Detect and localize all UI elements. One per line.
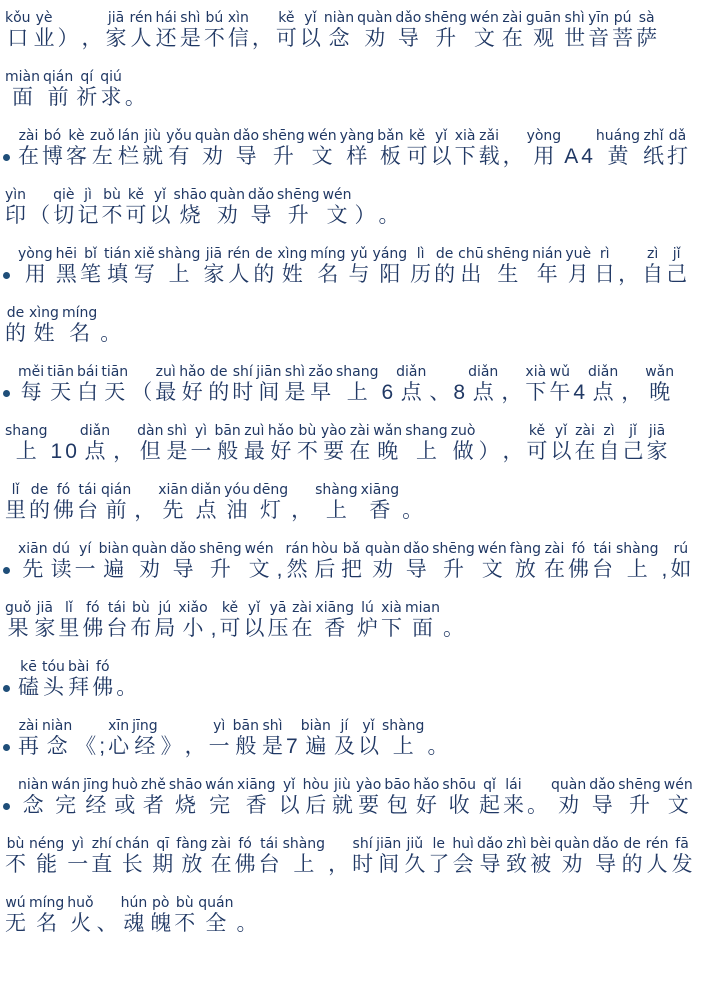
pinyin-annotation: shēng xyxy=(277,187,320,204)
pinyin-annotation: zhě xyxy=(141,777,166,794)
hanzi-character: 上 xyxy=(416,440,437,464)
pinyin-annotation: tái xyxy=(260,836,278,853)
ruby-token: quàn劝 xyxy=(195,128,230,169)
hanzi-character: 劝 xyxy=(561,853,582,877)
pinyin-annotation xyxy=(451,600,455,617)
hanzi-character: 上 xyxy=(16,440,37,464)
ruby-token: shì是 xyxy=(284,364,305,405)
pinyin-annotation: yǐ xyxy=(248,600,260,617)
pinyin-annotation: bù xyxy=(298,423,316,440)
pinyin-annotation: tái xyxy=(79,482,97,499)
ruby-token: jǐ己 xyxy=(666,246,687,287)
ruby-token: huáng黄 xyxy=(596,128,640,169)
pinyin-annotation xyxy=(193,718,197,735)
hanzi-character: 面 xyxy=(412,617,433,641)
ruby-token: , xyxy=(211,600,217,641)
ruby-token: 。 xyxy=(443,600,464,641)
ruby-token: shàng上 xyxy=(158,246,201,287)
hanzi-character: 发 xyxy=(672,853,693,877)
ruby-token: , xyxy=(277,541,283,582)
pinyin-annotation xyxy=(457,364,461,381)
pinyin-annotation xyxy=(139,364,143,381)
ruby-token: dǎo导 xyxy=(593,836,619,877)
hanzi-character: 以 xyxy=(551,440,572,464)
pinyin-annotation: bǎn xyxy=(377,128,403,145)
ruby-token: měi每 xyxy=(18,364,44,405)
hanzi-character: 栏 xyxy=(118,145,139,169)
hanzi-character: 好 xyxy=(182,381,203,405)
pinyin-annotation: bù xyxy=(176,895,194,912)
ruby-token: shí时 xyxy=(352,836,373,877)
pinyin-annotation: jì xyxy=(84,187,92,204)
pinyin-annotation: fó xyxy=(96,659,110,676)
hanzi-character: 在 xyxy=(575,440,596,464)
pinyin-annotation: hái xyxy=(155,10,176,27)
pinyin-annotation: bái xyxy=(77,364,98,381)
pinyin-annotation: bāo xyxy=(384,777,410,794)
pinyin-annotation: shì xyxy=(565,10,585,27)
ruby-token: ; xyxy=(99,718,105,759)
hanzi-character: 读 xyxy=(51,558,72,582)
hanzi-character: 间 xyxy=(378,853,399,877)
ruby-token: dǎo导 xyxy=(589,777,615,818)
pinyin-annotation: yǐ xyxy=(362,718,374,735)
ruby-token: chán长 xyxy=(115,836,149,877)
ruby-token: 4 xyxy=(573,364,585,405)
ruby-token: zǎi载 xyxy=(479,128,500,169)
hanzi-character: 文 xyxy=(482,558,503,582)
ruby-token: hòu后 xyxy=(312,541,338,582)
hanzi-character: 导 xyxy=(398,27,419,51)
hanzi-character: 里 xyxy=(5,499,26,523)
hanzi-character: 上 xyxy=(347,381,368,405)
pinyin-annotation xyxy=(169,718,173,735)
ruby-token: yàng样 xyxy=(340,128,375,169)
hanzi-character: 可 xyxy=(527,440,548,464)
hanzi-character: 导 xyxy=(406,558,427,582)
pinyin-annotation: de xyxy=(7,305,25,322)
ruby-token: míng名 xyxy=(310,246,345,287)
hanzi-character: 4 xyxy=(581,145,593,169)
ruby-token: ， xyxy=(134,482,155,523)
ruby-token: tái台 xyxy=(106,600,127,641)
ruby-token: ） xyxy=(58,10,79,51)
hanzi-character: 放 xyxy=(181,853,202,877)
hanzi-character: ， xyxy=(621,381,642,405)
pinyin-annotation: fàng xyxy=(510,541,541,558)
pinyin-annotation xyxy=(585,128,589,145)
pinyin-annotation: dǎo xyxy=(477,836,503,853)
pinyin-annotation: shàng xyxy=(158,246,201,263)
pinyin-annotation: zài xyxy=(19,128,39,145)
pinyin-annotation: huì xyxy=(452,836,474,853)
hanzi-character: 信 xyxy=(228,27,249,51)
pinyin-annotation: xīn xyxy=(108,718,129,735)
hanzi-character: 要 xyxy=(358,794,379,818)
ruby-token: dǎo导 xyxy=(248,187,274,228)
ruby-token: 。 xyxy=(379,187,400,228)
hanzi-character: 最 xyxy=(155,381,176,405)
ruby-token: zài在 xyxy=(292,600,313,641)
ruby-token: ， xyxy=(503,423,524,464)
hanzi-character: ， xyxy=(291,499,312,523)
ruby-token: bù不 xyxy=(174,895,195,936)
hanzi-character: 家 xyxy=(203,263,224,287)
hanzi-character: 升 xyxy=(443,558,464,582)
pinyin-annotation xyxy=(436,718,440,735)
ruby-token: qī期 xyxy=(152,836,173,877)
ruby-token: hǎo好 xyxy=(179,364,205,405)
pinyin-annotation: rú xyxy=(674,541,689,558)
hanzi-character: 。 xyxy=(125,86,146,110)
hanzi-character: 名 xyxy=(69,322,90,346)
hanzi-character: 以 xyxy=(279,794,300,818)
hanzi-character: 6 xyxy=(381,381,393,405)
pinyin-annotation xyxy=(109,305,113,322)
hanzi-character: 文 xyxy=(312,145,333,169)
pinyin-annotation xyxy=(125,659,129,676)
hanzi-character: 导 xyxy=(173,558,194,582)
pinyin-annotation: míng xyxy=(310,246,345,263)
hanzi-character: 面 xyxy=(12,86,33,110)
hanzi-character: 久 xyxy=(404,853,425,877)
hanzi-character: 前 xyxy=(106,499,127,523)
hanzi-character: 包 xyxy=(387,794,408,818)
ruby-token: wén文 xyxy=(664,777,693,818)
ruby-token: de的 xyxy=(29,482,50,523)
pinyin-annotation: rì xyxy=(600,246,610,263)
ruby-token: 。 xyxy=(427,718,448,759)
hanzi-character: 升 xyxy=(629,794,650,818)
ruby-token: yào要 xyxy=(321,423,346,464)
pinyin-annotation xyxy=(363,187,367,204)
ruby-token: jiā家 xyxy=(203,246,224,287)
ruby-token: yǐ以 xyxy=(358,718,379,759)
pinyin-annotation: xiān xyxy=(18,541,48,558)
pinyin-annotation: hún xyxy=(121,895,148,912)
hanzi-character: 长 xyxy=(122,853,143,877)
hanzi-character: 上 xyxy=(393,735,414,759)
hanzi-character: 台 xyxy=(106,617,127,641)
pinyin-annotation: wán xyxy=(205,777,234,794)
ruby-token: wán完 xyxy=(51,777,80,818)
ruby-token: ， xyxy=(328,836,349,877)
pinyin-annotation: qiú xyxy=(100,69,122,86)
ruby-token: néng能 xyxy=(29,836,64,877)
ruby-token: yì一 xyxy=(67,836,88,877)
pinyin-annotation: yè xyxy=(36,10,53,27)
ruby-token: niàn念 xyxy=(324,10,354,51)
ruby-token: xìng姓 xyxy=(29,305,59,346)
ruby-token: lú炉 xyxy=(357,600,378,641)
pinyin-annotation: shàng xyxy=(283,836,326,853)
pinyin-annotation: wǔ xyxy=(550,364,570,381)
ruby-token: xiān先 xyxy=(158,482,188,523)
hanzi-character: 可 xyxy=(407,145,428,169)
pinyin-annotation xyxy=(100,718,104,735)
pinyin-annotation: jiù xyxy=(144,128,161,145)
pinyin-annotation: zuò xyxy=(451,423,476,440)
pinyin-annotation: shí xyxy=(233,364,253,381)
ruby-token: 、 xyxy=(429,364,450,405)
hanzi-character: 劝 xyxy=(372,558,393,582)
pinyin-annotation: wán xyxy=(51,777,80,794)
hanzi-character: 家 xyxy=(106,27,127,51)
hanzi-character: 劝 xyxy=(558,794,579,818)
hanzi-character: 念 xyxy=(47,735,68,759)
hanzi-character: 台 xyxy=(592,558,613,582)
hanzi-character: 》 xyxy=(161,735,182,759)
pinyin-annotation: niàn xyxy=(18,777,48,794)
ruby-token: zì自 xyxy=(599,423,620,464)
pinyin-annotation xyxy=(290,718,294,735)
hanzi-character: 可 xyxy=(220,617,241,641)
ruby-line: zài再niàn念 《 ;xīn心jīng经 》 ，yì一bān般shì是 7b… xyxy=(0,708,720,767)
pinyin-annotation: dǎo xyxy=(248,187,274,204)
pinyin-annotation: wén xyxy=(308,128,337,145)
ruby-token: jiān间 xyxy=(256,364,281,405)
hanzi-character: 先 xyxy=(163,499,184,523)
ruby-token: zài再 xyxy=(18,718,39,759)
hanzi-character: 年 xyxy=(537,263,558,287)
ruby-token: jīng经 xyxy=(132,718,158,759)
pinyin-annotation: mian xyxy=(405,600,440,617)
hanzi-character: 香 xyxy=(369,499,390,523)
ruby-token: shang上 xyxy=(5,423,48,464)
pinyin-annotation: dǎo xyxy=(233,128,259,145)
hanzi-character: 被 xyxy=(530,853,551,877)
hanzi-character: ， xyxy=(501,381,522,405)
pinyin-annotation xyxy=(511,128,515,145)
hanzi-character: 导 xyxy=(592,794,613,818)
pinyin-annotation: yào xyxy=(356,777,381,794)
ruby-token: dú读 xyxy=(51,541,72,582)
hanzi-character: 间 xyxy=(258,381,279,405)
hanzi-character: 历 xyxy=(410,263,431,287)
ruby-token: kè客 xyxy=(66,128,87,169)
pinyin-annotation: yīn xyxy=(588,10,609,27)
pinyin-annotation: yào xyxy=(321,423,346,440)
hanzi-character: 无 xyxy=(5,912,26,936)
hanzi-character: 一 xyxy=(75,558,96,582)
pinyin-annotation: zài xyxy=(292,600,312,617)
hanzi-character: 己 xyxy=(666,263,687,287)
pinyin-annotation: bù xyxy=(132,600,150,617)
pinyin-annotation xyxy=(577,364,581,381)
hanzi-character: 可 xyxy=(125,204,146,228)
pinyin-annotation: biàn xyxy=(99,541,129,558)
hanzi-character: 里 xyxy=(58,617,79,641)
hanzi-character: 祈 xyxy=(76,86,97,110)
hanzi-character: 在 xyxy=(292,617,313,641)
pinyin-annotation: xìng xyxy=(29,305,59,322)
pinyin-annotation xyxy=(438,364,442,381)
ruby-token: zài在 xyxy=(544,541,565,582)
ruby-token: hòu后 xyxy=(303,777,329,818)
pinyin-annotation: yì xyxy=(213,718,225,735)
ruby-token: tái台 xyxy=(592,541,613,582)
hanzi-character: 点 xyxy=(85,440,106,464)
hanzi-character: 者 xyxy=(143,794,164,818)
hanzi-character: 心 xyxy=(108,735,129,759)
ruby-token: shēng升 xyxy=(424,10,467,51)
ruby-token: de的 xyxy=(622,836,643,877)
pinyin-annotation: diǎn xyxy=(396,364,426,381)
ruby-token: yào要 xyxy=(356,777,381,818)
bullet-icon xyxy=(3,744,10,751)
hanzi-character: ， xyxy=(618,263,639,287)
ruby-token: chū出 xyxy=(458,246,483,287)
hanzi-character: 博 xyxy=(42,145,63,169)
ruby-token: wén文 xyxy=(308,128,337,169)
pinyin-annotation: miàn xyxy=(5,69,40,86)
ruby-token: 。 xyxy=(527,777,548,818)
pinyin-annotation: bān xyxy=(214,423,240,440)
pinyin-annotation: fàng xyxy=(176,836,207,853)
hanzi-character: 1 xyxy=(51,440,63,464)
hanzi-character: ） xyxy=(58,27,79,51)
document-body: kǒu口yè业 ） ，jiā家rén人hái还shì是bú不xìn信 ，kě可y… xyxy=(0,0,720,944)
ruby-token: de的 xyxy=(253,246,274,287)
ruby-token: jiā家 xyxy=(647,423,668,464)
ruby-token: rú如 xyxy=(670,541,691,582)
pinyin-annotation: qí xyxy=(80,69,93,86)
pinyin-annotation xyxy=(83,718,87,735)
hanzi-character: 先 xyxy=(22,558,43,582)
pinyin-annotation: lǐ xyxy=(12,482,20,499)
pinyin-annotation: kè xyxy=(68,128,84,145)
pinyin-annotation: shēng xyxy=(487,246,530,263)
hanzi-character: 的 xyxy=(434,263,455,287)
hanzi-character: 。 xyxy=(236,912,257,936)
hanzi-character: 午 xyxy=(549,381,570,405)
hanzi-character: 在 xyxy=(18,145,39,169)
hanzi-character: 以 xyxy=(300,27,321,51)
hanzi-character: 天 xyxy=(50,381,71,405)
ruby-token: de的 xyxy=(434,246,455,287)
hanzi-character: 晚 xyxy=(649,381,670,405)
pinyin-annotation: xiāng xyxy=(316,600,355,617)
hanzi-character: 以 xyxy=(431,145,452,169)
pinyin-annotation: sà xyxy=(639,10,655,27)
ruby-token: bù不 xyxy=(297,423,318,464)
hanzi-character: 劝 xyxy=(202,145,223,169)
ruby-token: kě可 xyxy=(527,423,548,464)
ruby-token: wǎn晚 xyxy=(645,364,674,405)
ruby-token: míng名 xyxy=(29,895,64,936)
ruby-token: 。 xyxy=(402,482,423,523)
ruby-token: yí一 xyxy=(75,541,96,582)
hanzi-character: 般 xyxy=(235,735,256,759)
pinyin-annotation xyxy=(277,541,281,558)
ruby-token: 》 xyxy=(161,718,182,759)
pinyin-annotation: xiāng xyxy=(361,482,400,499)
ruby-token: le了 xyxy=(428,836,449,877)
ruby-token: wén文 xyxy=(245,541,274,582)
hanzi-character: ; xyxy=(99,735,105,759)
pinyin-annotation: tái xyxy=(594,541,612,558)
pinyin-annotation: kě xyxy=(128,187,144,204)
pinyin-annotation: zài xyxy=(350,423,370,440)
ruby-token: jīng经 xyxy=(83,777,109,818)
pinyin-annotation: quàn xyxy=(554,836,589,853)
hanzi-character: 炉 xyxy=(357,617,378,641)
pinyin-annotation: jiān xyxy=(256,364,281,381)
pinyin-annotation xyxy=(66,10,70,27)
ruby-token: diǎn点 xyxy=(80,423,110,464)
bullet-icon xyxy=(3,272,10,279)
pinyin-annotation: qiè xyxy=(53,187,74,204)
pinyin-annotation: bǐ xyxy=(84,246,97,263)
pinyin-annotation: wén xyxy=(478,541,507,558)
ruby-token: hǎo好 xyxy=(413,777,439,818)
ruby-token: rán然 xyxy=(285,541,308,582)
pinyin-annotation: xìn xyxy=(228,10,249,27)
pinyin-annotation: xià xyxy=(381,600,402,617)
hanzi-character: 是 xyxy=(284,381,305,405)
ruby-token: wén文 xyxy=(323,187,352,228)
hanzi-character: 但 xyxy=(140,440,161,464)
hanzi-character: 。 xyxy=(100,322,121,346)
pinyin-annotation: wén xyxy=(664,777,693,794)
ruby-token: 。 xyxy=(236,895,257,936)
ruby-token: yǐ以 xyxy=(431,128,452,169)
pinyin-annotation: jīng xyxy=(83,777,109,794)
hanzi-character: 做 xyxy=(453,440,474,464)
hanzi-character: 观 xyxy=(533,27,554,51)
pinyin-annotation: zuǒ xyxy=(90,128,115,145)
hanzi-character: 念 xyxy=(329,27,350,51)
hanzi-character: 一 xyxy=(67,853,88,877)
pinyin-annotation: jiā xyxy=(37,600,53,617)
hanzi-character: 不 xyxy=(297,440,318,464)
pinyin-annotation xyxy=(626,246,630,263)
pinyin-annotation: qǐ xyxy=(483,777,496,794)
pinyin-annotation: pú xyxy=(614,10,632,27)
hanzi-character: 姓 xyxy=(282,263,303,287)
hanzi-character: 灯 xyxy=(260,499,281,523)
pinyin-annotation xyxy=(245,895,249,912)
ruby-token: huò或 xyxy=(112,777,138,818)
pinyin-annotation: dǎo xyxy=(395,10,421,27)
ruby-token: nián年 xyxy=(532,246,562,287)
ruby-token: bù不 xyxy=(101,187,122,228)
pinyin-annotation: bèi xyxy=(530,836,551,853)
pinyin-annotation: zhí xyxy=(92,836,112,853)
hanzi-character: 在 xyxy=(211,853,232,877)
pinyin-annotation xyxy=(90,10,94,27)
hanzi-character: 求 xyxy=(101,86,122,110)
pinyin-annotation: bú xyxy=(205,10,223,27)
ruby-token: 4 xyxy=(581,128,593,169)
pinyin-annotation: xià xyxy=(455,128,476,145)
hanzi-character: ， xyxy=(503,440,524,464)
hanzi-character: 台 xyxy=(77,499,98,523)
pinyin-annotation: yuè xyxy=(565,246,591,263)
ruby-token: miàn面 xyxy=(5,69,40,110)
pinyin-annotation xyxy=(511,423,515,440)
hanzi-character: 左 xyxy=(92,145,113,169)
hanzi-character: 佛 xyxy=(235,853,256,877)
pinyin-annotation: nián xyxy=(532,246,562,263)
hanzi-character: 一 xyxy=(209,735,230,759)
ruby-line: guǒ果jiā家lǐ里fó佛tái台bù布jú局xiǎo小 ,kě可yǐ以yā压… xyxy=(0,590,720,649)
ruby-token: fā发 xyxy=(672,836,693,877)
pinyin-annotation: bǎ xyxy=(343,541,360,558)
ruby-token: de的 xyxy=(5,305,26,346)
hanzi-character: 升 xyxy=(273,145,294,169)
hanzi-character: ， xyxy=(328,853,349,877)
